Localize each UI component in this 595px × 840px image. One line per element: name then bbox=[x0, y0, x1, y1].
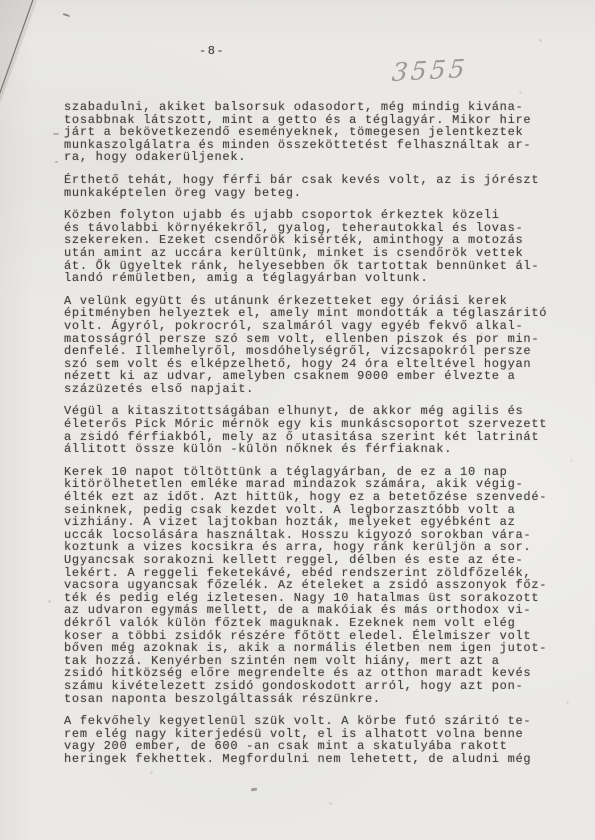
paragraph: Érthető tehát, hogy férfi bár csak kevés… bbox=[64, 174, 569, 199]
paragraph: Közben folyton ujabb és ujabb csoportok … bbox=[64, 209, 569, 285]
scanned-page: -8- 3555 szabadulni, akiket balsorsuk od… bbox=[0, 0, 595, 840]
scan-artifact bbox=[53, 133, 59, 135]
page-number: -8- bbox=[199, 44, 225, 58]
paragraph: Kerek 10 napot töltöttünk a téglagyárban… bbox=[64, 466, 569, 705]
paragraph: A fekvőhely kegyetlenül szük volt. A kör… bbox=[64, 715, 569, 765]
document-text: szabadulni, akiket balsorsuk odasodort, … bbox=[64, 101, 569, 776]
paragraph: A velünk együtt és utánunk érkezetteket … bbox=[64, 295, 569, 396]
paper-noise-specks bbox=[0, 0, 1, 1]
scan-artifact bbox=[251, 788, 257, 791]
handwritten-number: 3555 bbox=[391, 54, 469, 87]
scan-artifact bbox=[63, 13, 70, 17]
paragraph: szabadulni, akiket balsorsuk odasodort, … bbox=[64, 101, 569, 164]
paragraph: Végül a kitaszitottságában elhunyt, de a… bbox=[64, 405, 569, 455]
scan-artifact bbox=[55, 161, 58, 163]
